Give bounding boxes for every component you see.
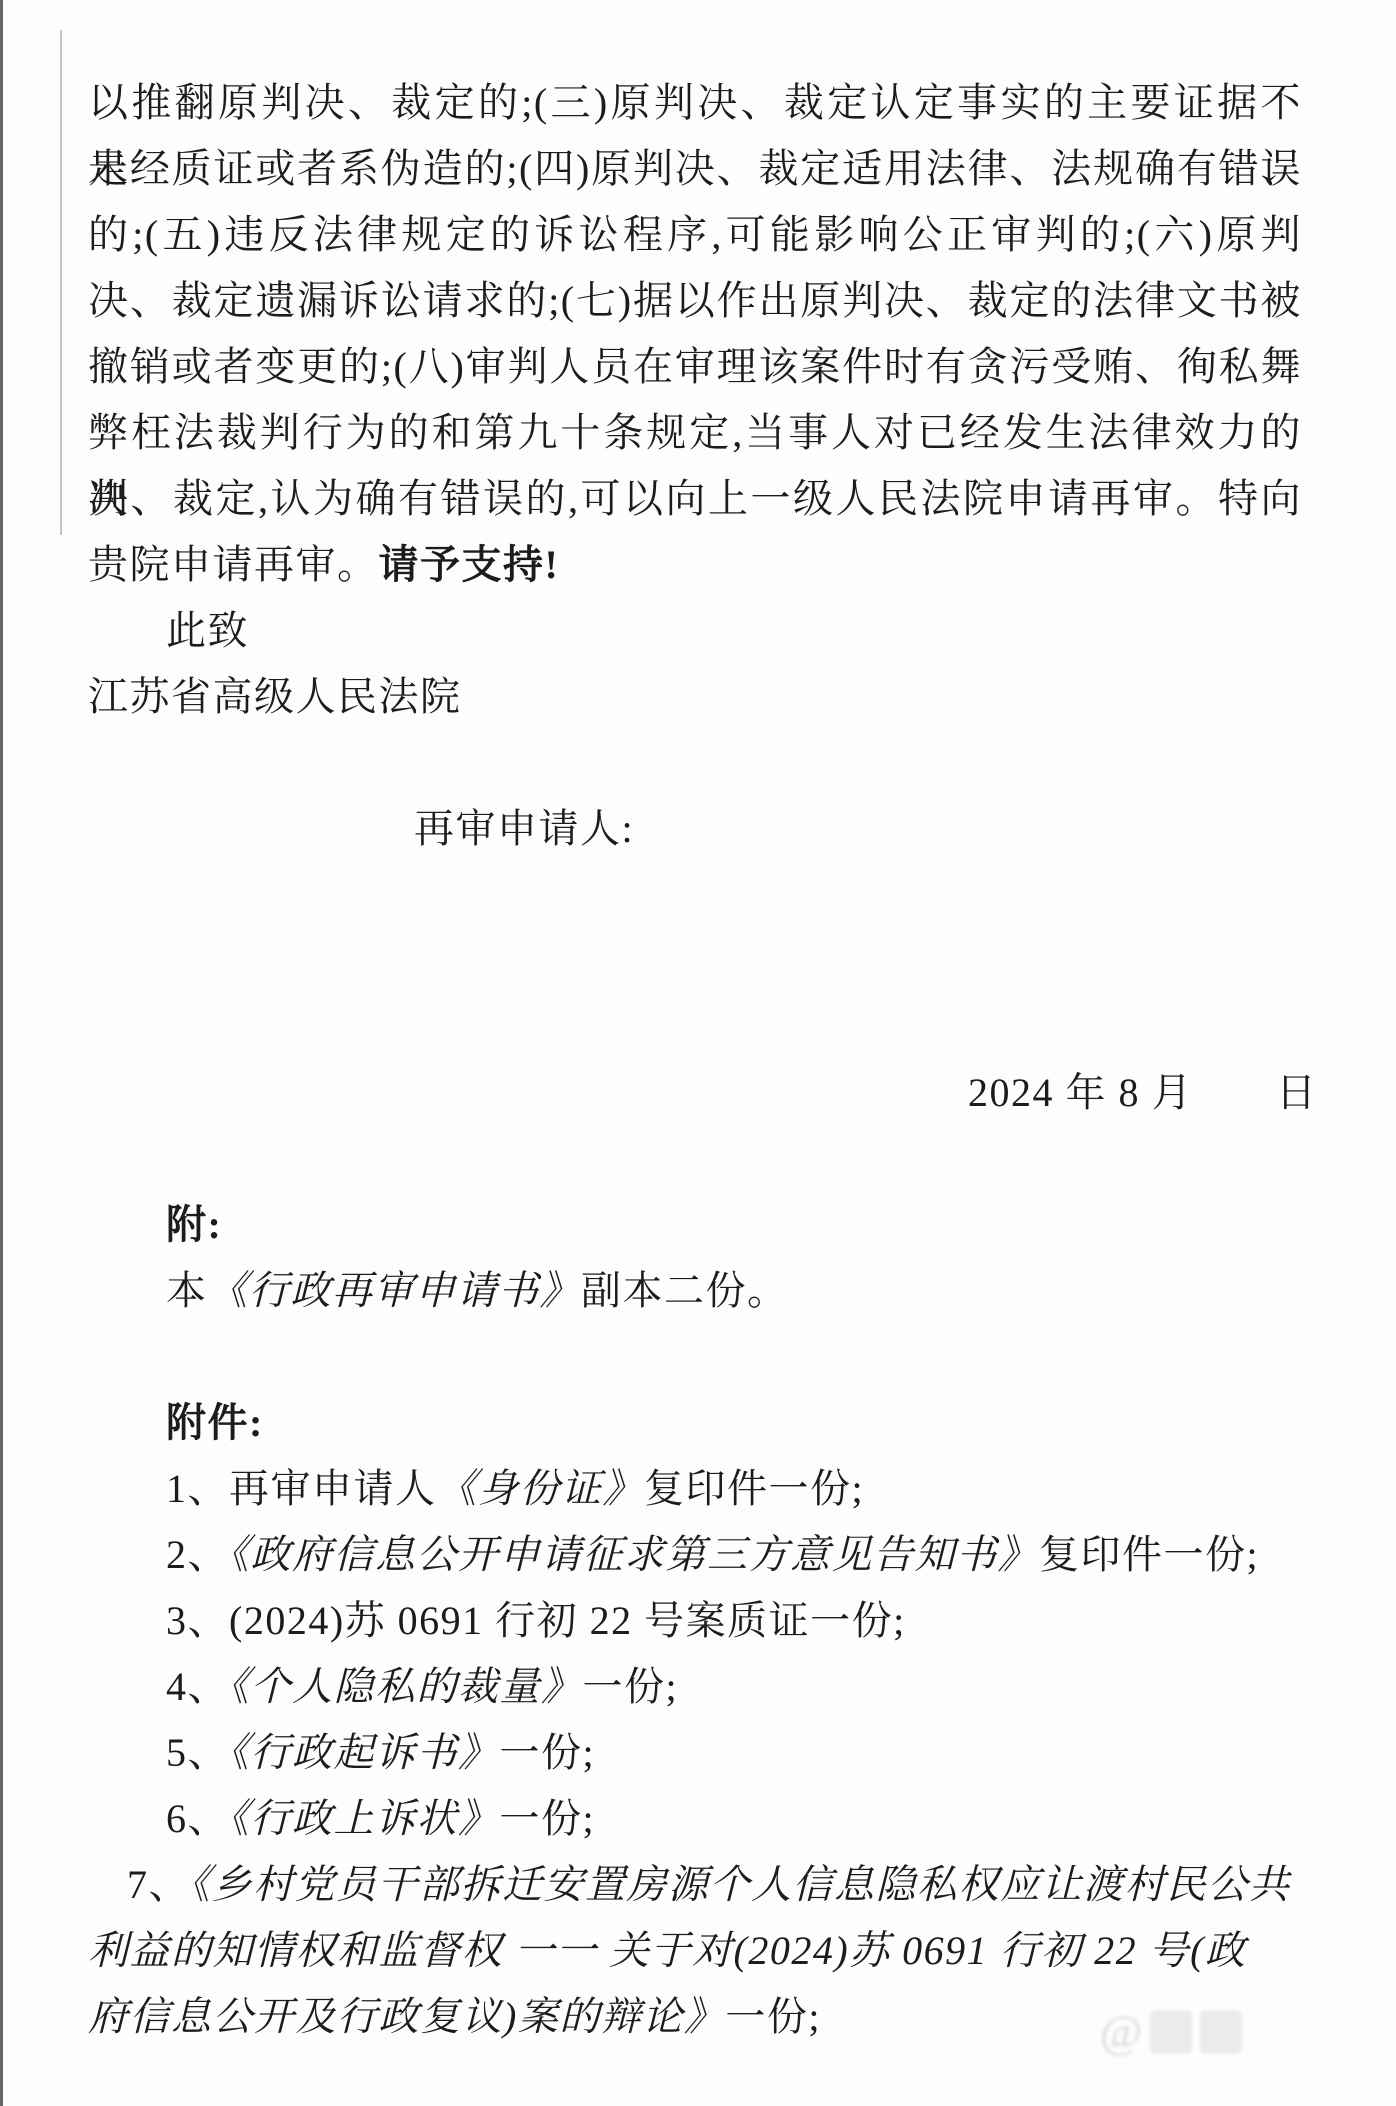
body-line: 弊枉法裁判行为的和第九十条规定,当事人对已经发生法律效力的判 xyxy=(88,400,1302,466)
item-doc-title: 府信息公开及行政复议)案的辩论》 xyxy=(88,1994,725,2039)
item-prefix: 3、(2024)苏 0691 行初 22 号案质证一份; xyxy=(166,1598,906,1643)
scan-edge-line xyxy=(0,0,3,2106)
item-doc-title: 《行政起诉书》 xyxy=(229,1730,500,1775)
item-suffix: 复印件一份; xyxy=(1039,1532,1259,1577)
note-doc-title: 《行政再审申请书》 xyxy=(208,1268,582,1313)
item-doc-title: 《行政上诉状》 xyxy=(229,1796,500,1841)
blank-line xyxy=(88,928,1302,994)
item-doc-title: 《个人隐私的裁量》 xyxy=(229,1664,583,1709)
attachment-item: 3、(2024)苏 0691 行初 22 号案质证一份; xyxy=(88,1588,1302,1654)
item-suffix: 复印件一份; xyxy=(644,1466,864,1511)
plea-emphasis: 请予支持! xyxy=(379,542,560,587)
blank-line xyxy=(88,862,1302,928)
court-name: 江苏省高级人民法院 xyxy=(88,664,1302,730)
item-doc-title: 《乡村党员干部拆迁安置房源个人信息隐私权应让渡村民公共 xyxy=(190,1862,1291,1907)
watermark: @ xyxy=(1100,2005,1242,2058)
item-doc-title: 利益的知情权和监督权 一一 关于对(2024)苏 0691 行初 22 号(政 xyxy=(88,1928,1246,1973)
body-line: 决、裁定,认为确有错误的,可以向上一级人民法院申请再审。特向 xyxy=(88,466,1302,532)
attachment-item: 7、《乡村党员干部拆迁安置房源个人信息隐私权应让渡村民公共 xyxy=(88,1852,1302,1918)
date-line: 2024 年 8 月 日 xyxy=(88,1060,1302,1126)
item-suffix: 一份; xyxy=(500,1730,596,1775)
body-line-text: 贵院申请再审。 xyxy=(88,542,379,587)
blank-line xyxy=(88,730,1302,796)
closing-salute: 此致 xyxy=(88,598,1302,664)
attachment-item: 1、再审申请人《身份证》复印件一份; xyxy=(88,1456,1302,1522)
scanned-document-page: 以推翻原判决、裁定的;(三)原判决、裁定认定事实的主要证据不足、 未经质证或者系… xyxy=(0,0,1396,2106)
document-body: 以推翻原判决、裁定的;(三)原判决、裁定认定事实的主要证据不足、 未经质证或者系… xyxy=(88,70,1302,2050)
item-prefix: 2、 xyxy=(166,1532,229,1577)
item-doc-title: 《身份证》 xyxy=(437,1466,645,1511)
attachment-note-line: 本《行政再审申请书》副本二份。 xyxy=(88,1258,1302,1324)
body-line: 贵院申请再审。请予支持! xyxy=(88,532,1302,598)
blank-line xyxy=(88,994,1302,1060)
item-doc-title: 《政府信息公开申请征求第三方意见告知书》 xyxy=(229,1532,1039,1577)
attachments-heading: 附件: xyxy=(88,1390,1302,1456)
watermark-glyph xyxy=(1200,2010,1242,2054)
scan-artifact-line xyxy=(60,30,62,535)
attachment-item: 6、《行政上诉状》一份; xyxy=(88,1786,1302,1852)
attachment-item: 2、《政府信息公开申请征求第三方意见告知书》复印件一份; xyxy=(88,1522,1302,1588)
body-line: 以推翻原判决、裁定的;(三)原判决、裁定认定事实的主要证据不足、 xyxy=(88,70,1302,136)
item-prefix: 6、 xyxy=(166,1796,229,1841)
blank-line xyxy=(88,1126,1302,1192)
item-suffix: 一份; xyxy=(583,1664,679,1709)
body-line: 的;(五)违反法律规定的诉讼程序,可能影响公正审判的;(六)原判 xyxy=(88,202,1302,268)
attachment-item: 5、《行政起诉书》一份; xyxy=(88,1720,1302,1786)
note-suffix: 副本二份。 xyxy=(581,1268,789,1313)
item-suffix: 一份; xyxy=(725,1994,821,2039)
item-prefix: 7、 xyxy=(127,1862,190,1907)
body-line: 撤销或者变更的;(八)审判人员在审理该案件时有贪污受贿、徇私舞 xyxy=(88,334,1302,400)
item-prefix: 1、再审申请人 xyxy=(166,1466,437,1511)
note-prefix: 本 xyxy=(166,1268,208,1313)
attachment-item: 4、《个人隐私的裁量》一份; xyxy=(88,1654,1302,1720)
body-line: 决、裁定遗漏诉讼请求的;(七)据以作出原判决、裁定的法律文书被 xyxy=(88,268,1302,334)
item-suffix: 一份; xyxy=(500,1796,596,1841)
applicant-signature-label: 再审申请人: xyxy=(88,796,1302,862)
body-line: 未经质证或者系伪造的;(四)原判决、裁定适用法律、法规确有错误 xyxy=(88,136,1302,202)
watermark-glyph xyxy=(1150,2010,1192,2054)
watermark-at-sign: @ xyxy=(1100,2005,1142,2058)
item-prefix: 4、 xyxy=(166,1664,229,1709)
item-prefix: 5、 xyxy=(166,1730,229,1775)
attachment-item-continuation: 利益的知情权和监督权 一一 关于对(2024)苏 0691 行初 22 号(政 xyxy=(88,1918,1302,1984)
attachment-note-heading: 附: xyxy=(88,1192,1302,1258)
blank-line xyxy=(88,1324,1302,1390)
